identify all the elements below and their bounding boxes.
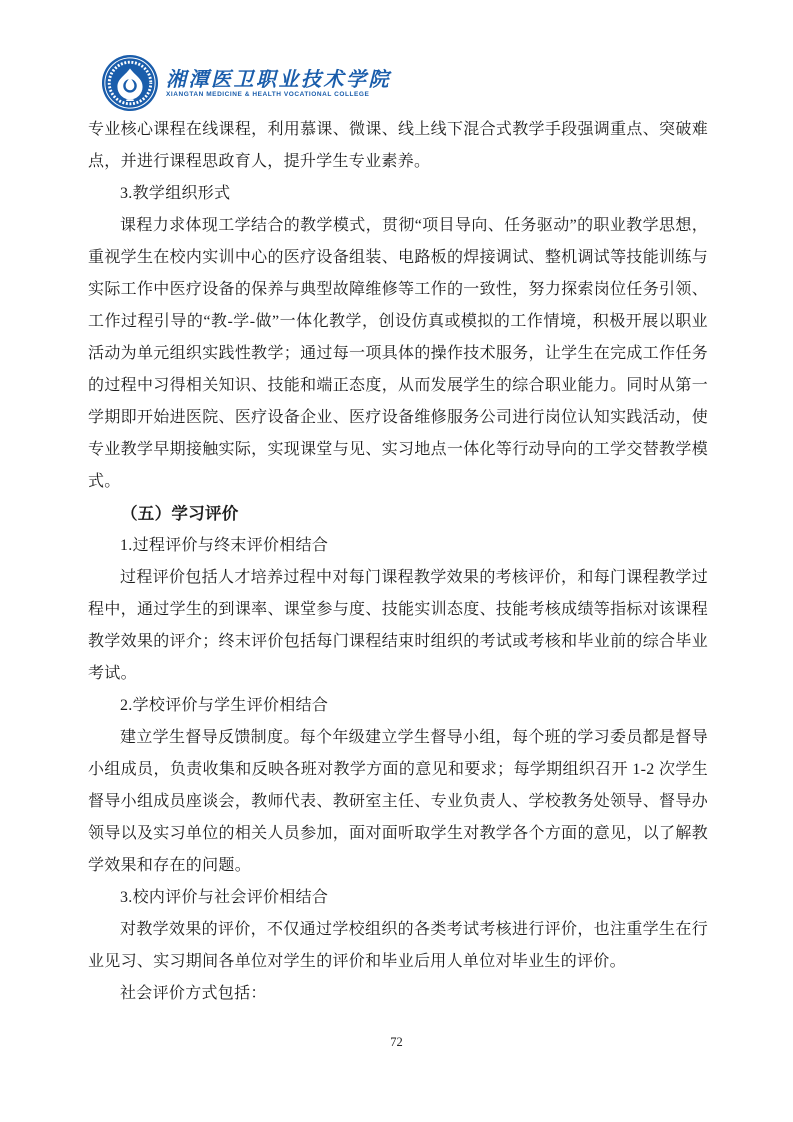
- subheading-teaching-organization: 3.教学组织形式: [88, 178, 708, 210]
- college-seal-icon: [101, 54, 159, 112]
- page-header: 湘潭医卫职业技术学院 XIANGTAN MEDICINE & HEALTH VO…: [101, 54, 391, 112]
- paragraph-process-final-evaluation: 过程评价包括人才培养过程中对每门课程教学效果的考核评价，和每门课程教学过程中，通…: [88, 562, 708, 690]
- college-name-zh: 湘潭医卫职业技术学院: [166, 68, 391, 90]
- subheading-school-student-evaluation: 2.学校评价与学生评价相结合: [88, 690, 708, 722]
- subheading-process-final-evaluation: 1.过程评价与终末评价相结合: [88, 530, 708, 562]
- paragraph-teaching-organization: 课程力求体现工学结合的教学模式，贯彻“项目导向、任务驱动”的职业教学思想，重视学…: [88, 210, 708, 498]
- subheading-internal-social-evaluation: 3.校内评价与社会评价相结合: [88, 882, 708, 914]
- document-page: 湘潭医卫职业技术学院 XIANGTAN MEDICINE & HEALTH VO…: [0, 0, 793, 1122]
- paragraph-social-evaluation-methods: 社会评价方式包括：: [88, 978, 708, 1010]
- section-heading-learning-evaluation: （五）学习评价: [88, 498, 708, 530]
- paragraph-school-student-evaluation: 建立学生督导反馈制度。每个年级建立学生督导小组，每个班的学习委员都是督导小组成员…: [88, 722, 708, 882]
- college-name-en: XIANGTAN MEDICINE & HEALTH VOCATIONAL CO…: [166, 90, 391, 99]
- paragraph-internal-social-evaluation: 对教学效果的评价，不仅通过学校组织的各类考试考核进行评价，也注重学生在行业见习、…: [88, 914, 708, 978]
- college-name-block: 湘潭医卫职业技术学院 XIANGTAN MEDICINE & HEALTH VO…: [166, 68, 391, 99]
- page-number: 72: [0, 1035, 793, 1050]
- paragraph-core-courses: 专业核心课程在线课程，利用慕课、微课、线上线下混合式教学手段强调重点、突破难点，…: [88, 114, 708, 178]
- document-body: 专业核心课程在线课程，利用慕课、微课、线上线下混合式教学手段强调重点、突破难点，…: [88, 114, 708, 1010]
